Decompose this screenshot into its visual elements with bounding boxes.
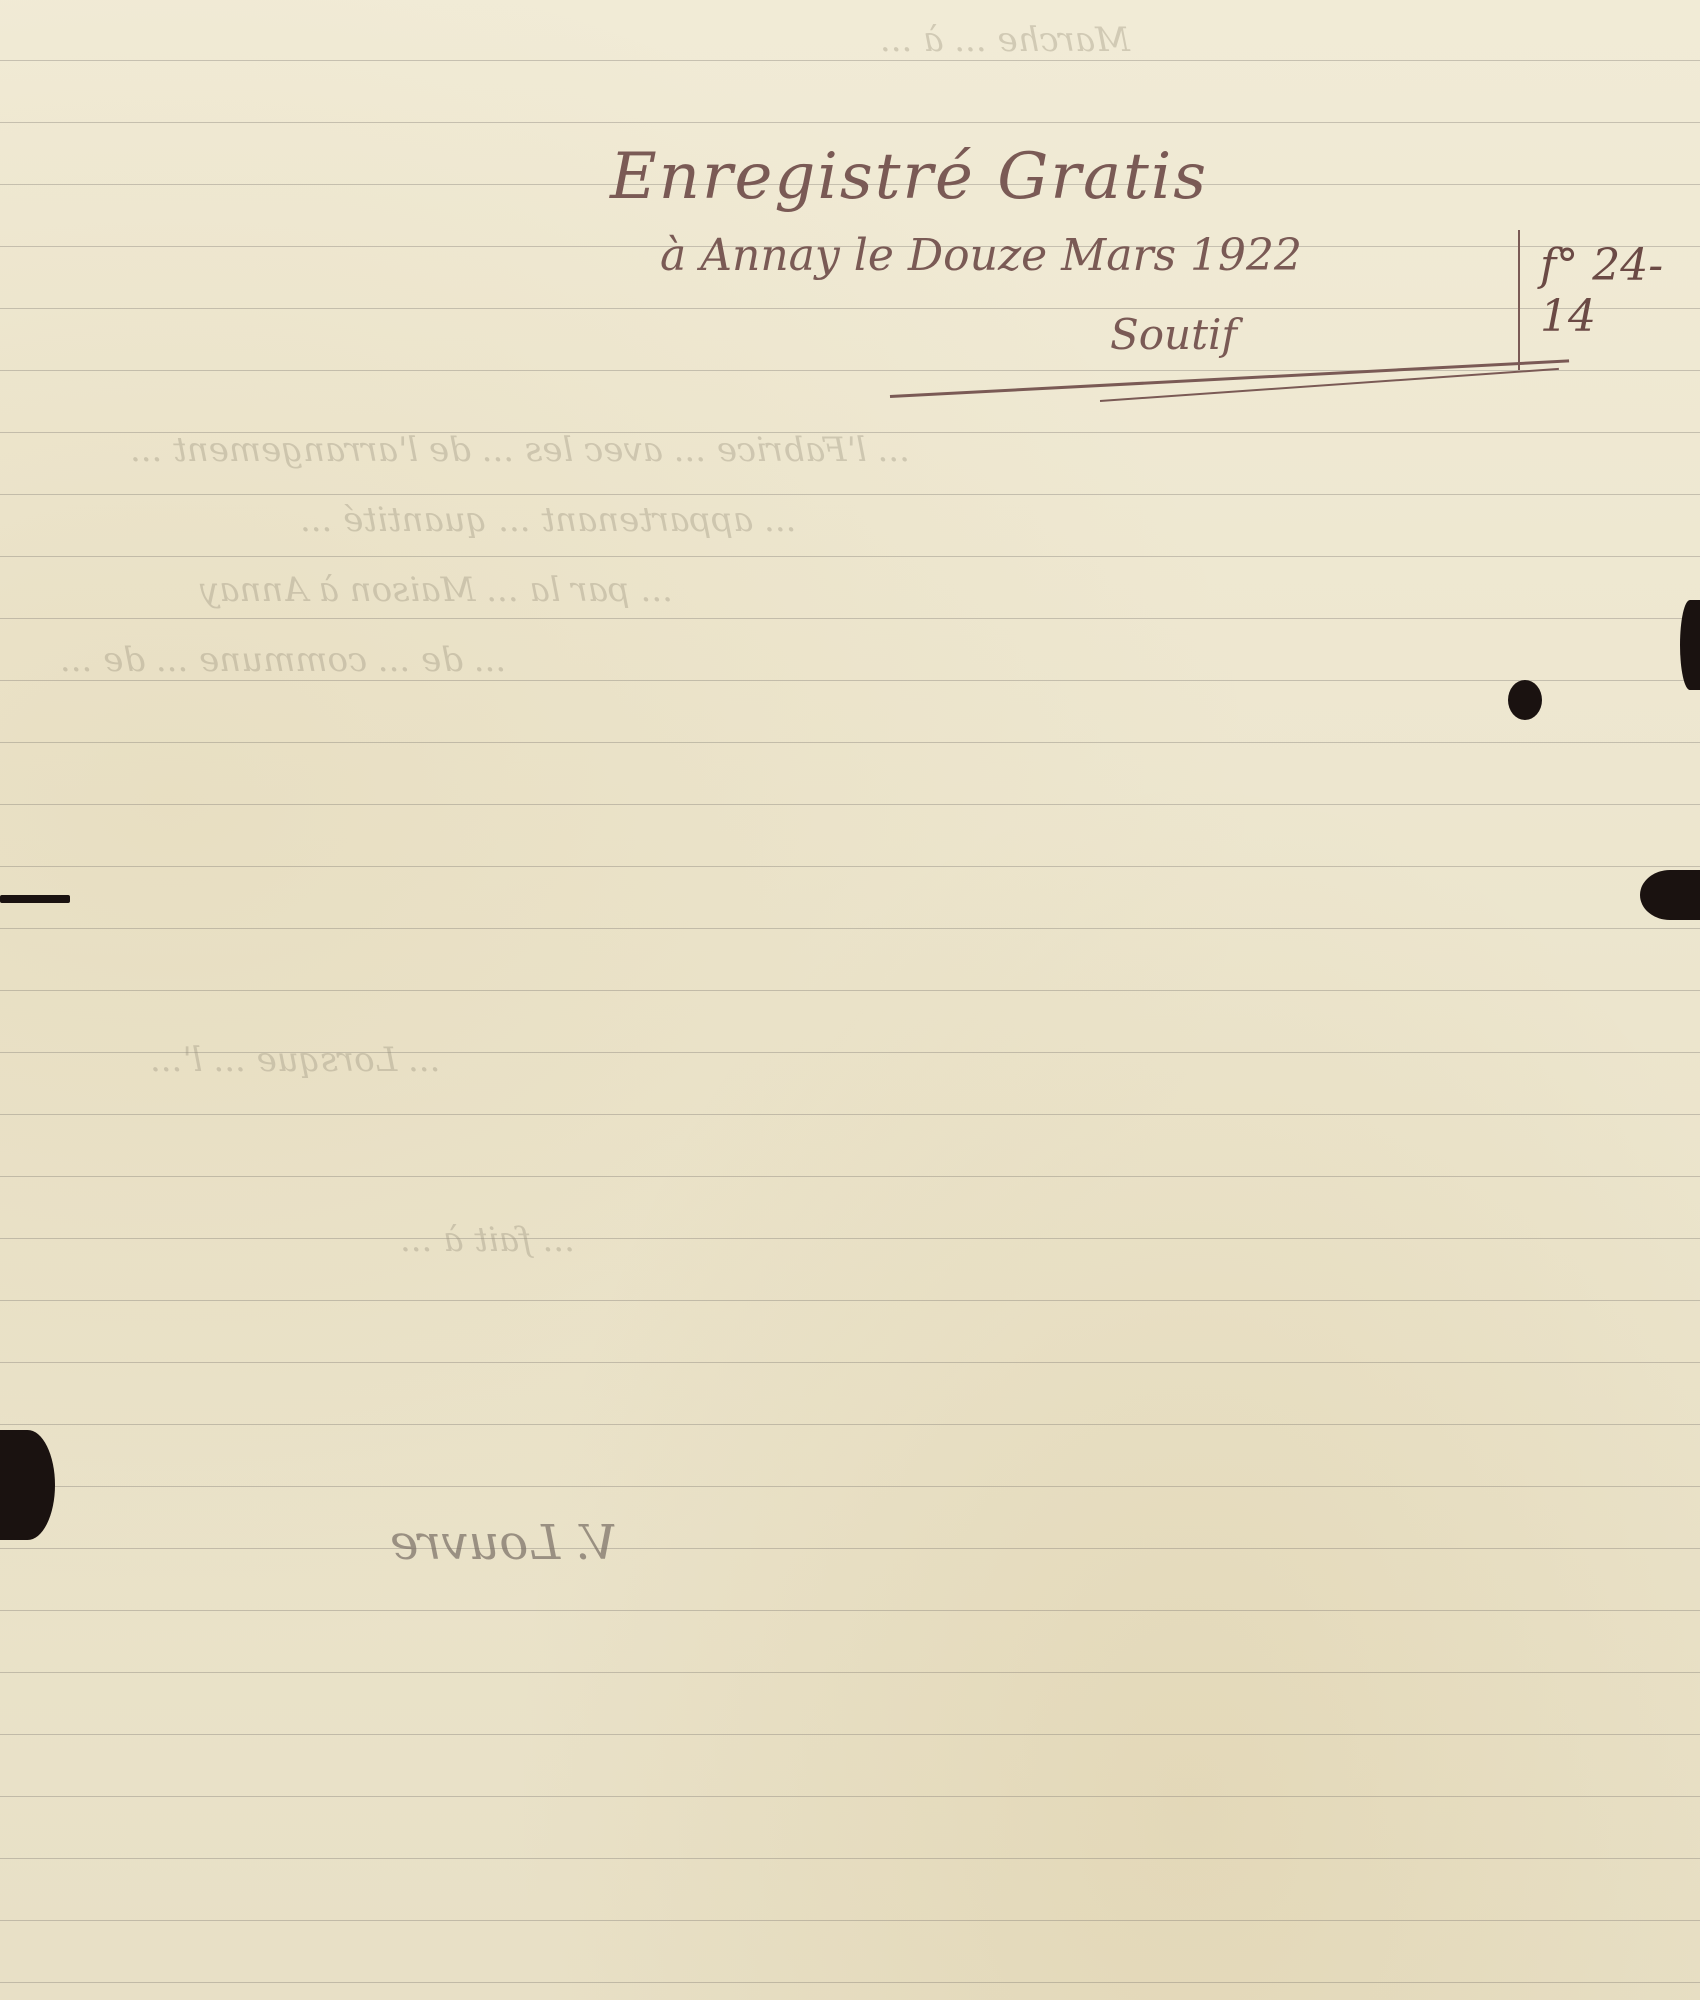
- ruled-line: [0, 1362, 1700, 1363]
- ruled-line: [0, 928, 1700, 929]
- stamp-date-line: à Annay le Douze Mars 1922: [660, 230, 1302, 281]
- bleed-through-top: Marche ... à ...: [880, 20, 1130, 60]
- ruled-line: [0, 1672, 1700, 1673]
- ruled-line: [0, 1982, 1700, 1983]
- stamp-title: Enregistré Gratis: [610, 140, 1208, 214]
- ink-blot: [1508, 680, 1542, 720]
- paper-sheet: [0, 0, 1700, 2000]
- ruled-line: [0, 60, 1700, 61]
- ruled-line: [0, 122, 1700, 123]
- ruled-line: [0, 1610, 1700, 1611]
- lower-signature: V. Louvre: [390, 1515, 617, 1571]
- ruled-line: [0, 1796, 1700, 1797]
- edge-tear: [1640, 870, 1700, 920]
- ruled-line: [0, 618, 1700, 619]
- stamp-signature: Soutif: [1110, 310, 1237, 359]
- ruled-line: [0, 1548, 1700, 1549]
- bleed-through-line: ... Lorsque ... l'...: [150, 1040, 440, 1080]
- ruled-line: [0, 1734, 1700, 1735]
- edge-tear: [1680, 600, 1700, 690]
- ruled-line: [0, 1858, 1700, 1859]
- ruled-line: [0, 494, 1700, 495]
- stamp-divider: [1518, 230, 1520, 370]
- bleed-through-line: ... par la ... Maison à Annay: [200, 570, 673, 610]
- ruled-line: [0, 1486, 1700, 1487]
- ruled-line: [0, 1920, 1700, 1921]
- ruled-line: [0, 742, 1700, 743]
- bleed-through-line: ... de ... commune ... de ...: [60, 640, 506, 680]
- ruled-line: [0, 556, 1700, 557]
- ruled-line: [0, 990, 1700, 991]
- bleed-through-line: ... appartenant ... quantité ...: [300, 500, 797, 540]
- ruled-line: [0, 1176, 1700, 1177]
- ruled-line: [0, 370, 1700, 371]
- ruled-line: [0, 308, 1700, 309]
- ruled-line: [0, 1300, 1700, 1301]
- bleed-through-line: ... l'Fabrice ... avec les ... de l'arra…: [130, 430, 910, 470]
- ruled-line: [0, 1114, 1700, 1115]
- stamp-folio: f° 24-14: [1540, 240, 1700, 342]
- fold-tear: [0, 895, 70, 903]
- ruled-line: [0, 804, 1700, 805]
- bleed-through-line: ... fait à ...: [400, 1220, 575, 1260]
- ruled-line: [0, 866, 1700, 867]
- ruled-line: [0, 1238, 1700, 1239]
- ruled-line: [0, 1424, 1700, 1425]
- punch-hole-tear: [0, 1430, 55, 1540]
- ruled-line: [0, 680, 1700, 681]
